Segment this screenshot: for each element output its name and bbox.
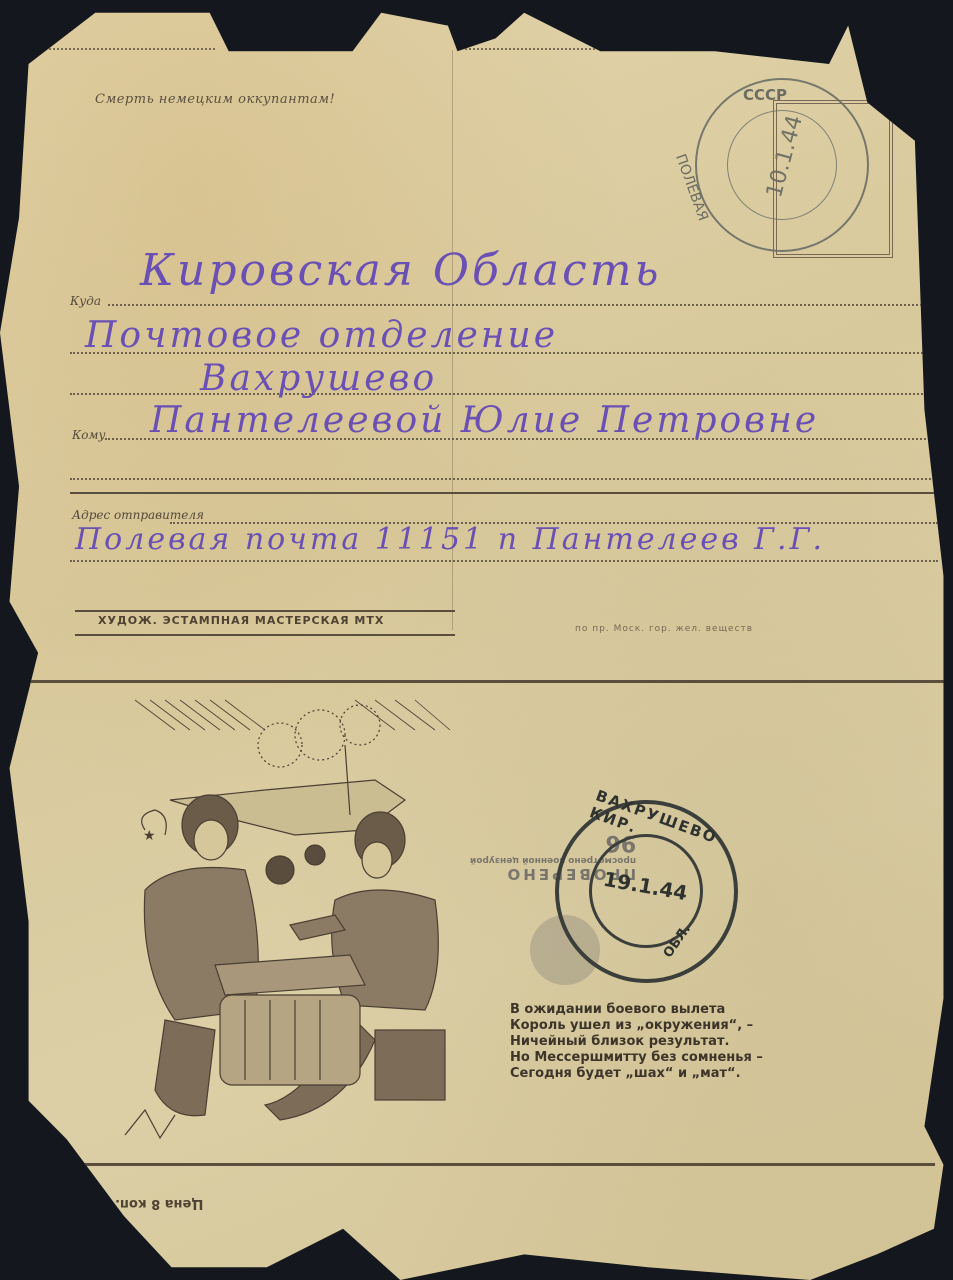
section-rule	[70, 492, 938, 494]
address-to-line3: Вахрушево	[200, 358, 437, 399]
poem: В ожидании боевого вылета Король ушел из…	[510, 1002, 763, 1082]
printer-imprint-right: по пр. Моск. гор. жел. веществ	[575, 624, 753, 634]
sender-address: Полевая почта 11151 п Пантелеев Г.Г.	[75, 522, 825, 557]
price-label: Цена 8 коп.	[115, 1196, 203, 1211]
address-to-line1: Кировская Область	[140, 245, 661, 296]
imprint-rule-bottom	[75, 634, 455, 636]
sender-label: Адрес отправителя	[72, 508, 204, 522]
poem-line: Сегодня будет „шах“ и „мат“.	[510, 1066, 763, 1082]
perforation-line	[460, 48, 595, 50]
perforation-line	[45, 48, 215, 50]
recipient-name: Пантелеевой Юлие Петровне	[150, 400, 819, 441]
sender-line-2	[70, 560, 938, 562]
postage-stamp-box	[773, 100, 893, 258]
address-to-line2: Почтовое отделение	[85, 315, 558, 356]
slogan: Смерть немецким оккупантам!	[95, 92, 335, 107]
to-label: Куда	[70, 294, 101, 308]
arrival-postmark: ВАХРУШЕВО КИР. 19.1.44 ОБЛ.	[555, 800, 738, 983]
poem-line: Ничейный близок результат.	[510, 1034, 763, 1050]
poem-line: Но Мессершмитту без сомненья –	[510, 1050, 763, 1066]
whom-label: Кому	[72, 428, 105, 442]
address-line-5	[70, 478, 938, 480]
poem-line: Король ушел из „окружения“, –	[510, 1018, 763, 1034]
address-line-1	[108, 304, 938, 306]
svg-text:★: ★	[143, 828, 156, 844]
poem-title: В ожидании боевого вылета	[510, 1002, 763, 1018]
printer-imprint: ХУДОЖ. ЭСТАМПНАЯ МАСТЕРСКАЯ МТХ	[98, 614, 384, 627]
letter-sheet: Смерть немецким оккупантам! СССР 10.1.44…	[0, 0, 953, 1280]
fold-rule-top	[8, 680, 953, 683]
imprint-rule-top	[75, 610, 455, 612]
postmark-side-text: ПОЛЕВАЯ	[672, 152, 711, 223]
pilots-chess-illustration: ★	[115, 690, 460, 1145]
fold-rule-bottom	[75, 1163, 935, 1166]
